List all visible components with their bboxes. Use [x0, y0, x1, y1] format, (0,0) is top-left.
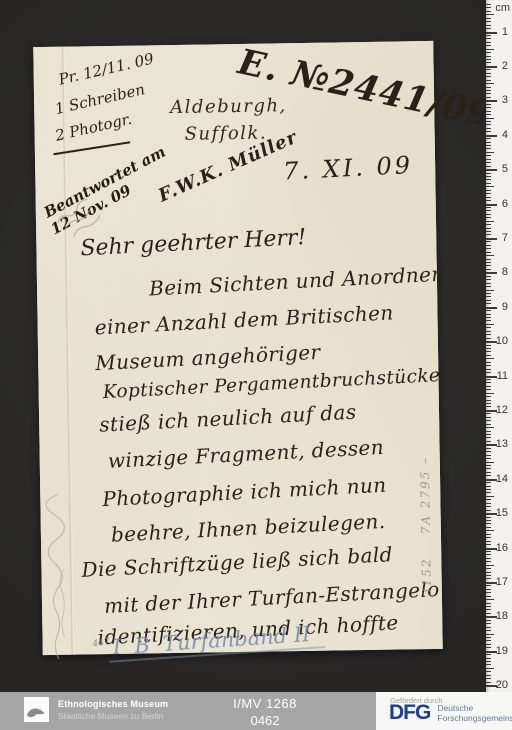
pencil-vertical-mark: 3152 7A 2795 – [417, 391, 434, 596]
ruler-tick [486, 121, 491, 122]
funding-block: Gefördert durch DFG Deutsche Forschungsg… [376, 692, 512, 730]
ruler-tick [486, 424, 491, 425]
ruler-number: 4 [490, 129, 508, 141]
ruler-tick [486, 489, 491, 490]
ruler-tick [486, 565, 494, 566]
ruler-tick [486, 386, 491, 387]
ruler-tick [486, 52, 491, 53]
ruler-tick [486, 190, 491, 191]
ruler-tick [486, 640, 491, 641]
ruler-number: 8 [490, 266, 508, 278]
ruler-number: 15 [490, 507, 508, 519]
ruler-tick [486, 90, 491, 91]
ruler-tick [486, 599, 494, 600]
ruler-tick [486, 664, 491, 665]
ruler-tick [486, 286, 491, 287]
ruler-tick [486, 355, 491, 356]
body-line: beehre, Ihnen beizulegen. [110, 509, 386, 547]
ruler-unit-label: cm [492, 2, 510, 14]
ruler-tick [486, 56, 491, 57]
ruler-tick [486, 7, 491, 8]
ruler-tick [486, 671, 491, 672]
ruler-tick [486, 458, 491, 459]
ruler-tick [486, 596, 491, 597]
ruler-tick [486, 668, 494, 669]
registry-number: E. №2441/09 [235, 41, 497, 135]
ruler-number: 16 [490, 542, 508, 554]
ruler-strip: cm 1234567891011121314151617181920 [486, 0, 512, 692]
ruler-tick [486, 18, 491, 19]
eagle-icon [25, 702, 47, 720]
ruler-tick [486, 73, 491, 74]
letterhead-town: Aldeburgh, [170, 95, 287, 118]
ruler-number: 7 [490, 232, 508, 244]
scan-viewer: { "letter": { "letterhead": { "line1": "… [0, 0, 512, 730]
ruler-tick [486, 142, 491, 143]
ruler-tick [486, 623, 491, 624]
letter-date: 7. XI. 09 [283, 151, 414, 186]
ruler-tick [486, 530, 494, 531]
ruler-tick [486, 630, 491, 631]
ruler-tick [486, 279, 491, 280]
ruler-tick [486, 107, 491, 108]
ruler-tick [486, 431, 491, 432]
ruler-tick [486, 455, 491, 456]
ruler-tick [486, 327, 491, 328]
ruler-number: 3 [490, 94, 508, 106]
inventory-number: I/MV 1268 0462 [200, 696, 330, 728]
salutation: Sehr geehrter Herr! [80, 225, 307, 261]
body-line: Museum angehöriger [95, 340, 321, 375]
inventory-signature: I/MV 1268 [200, 696, 330, 711]
ruler-tick [486, 87, 491, 88]
ruler-tick [486, 561, 491, 562]
ruler-tick [486, 159, 491, 160]
ruler-tick [486, 76, 491, 77]
ruler-tick [486, 42, 491, 43]
ruler-number: 1 [490, 26, 508, 38]
ruler-tick [486, 637, 491, 638]
ruler-tick [486, 558, 491, 559]
ruler-tick [486, 49, 494, 50]
dfg-org-line2: Forschungsgemeinschaft [437, 713, 512, 723]
ruler-tick [486, 331, 491, 332]
body-line: Photographie ich mich nun [102, 473, 387, 511]
ruler-tick [486, 393, 494, 394]
ruler-tick [486, 527, 491, 528]
ruler-number: 17 [490, 576, 508, 588]
ruler-tick [486, 21, 491, 22]
ruler-number: 6 [490, 198, 508, 210]
museum-logo [24, 697, 49, 722]
ruler-tick [486, 228, 491, 229]
ruler-tick [486, 124, 491, 125]
ruler-tick [486, 221, 494, 222]
ruler-tick [486, 606, 491, 607]
ruler-number: 14 [490, 473, 508, 485]
ruler-tick [486, 262, 491, 263]
ruler-tick [486, 179, 491, 180]
ruler-tick [486, 462, 494, 463]
ruler-tick [486, 252, 491, 253]
ruler-number: 18 [490, 610, 508, 622]
ruler-tick [486, 554, 491, 555]
ruler-number: 19 [490, 645, 508, 657]
ruler-tick [486, 451, 491, 452]
ruler-tick [486, 434, 491, 435]
ruler-tick [486, 496, 494, 497]
ruler-tick [486, 362, 491, 363]
ruler-tick [486, 427, 494, 428]
ruler-tick [486, 193, 491, 194]
ruler-tick [486, 486, 491, 487]
ruler-number: 11 [490, 370, 508, 382]
underline-stroke [53, 141, 130, 155]
ruler-tick [486, 259, 491, 260]
ruler-tick [486, 111, 491, 112]
ruler-tick [486, 38, 491, 39]
ruler-tick [486, 592, 491, 593]
ruler-number: 13 [490, 438, 508, 450]
ruler-number: 20 [490, 679, 508, 691]
ruler-tick [486, 11, 491, 12]
ruler-tick [486, 248, 491, 249]
ruler-tick [486, 658, 491, 659]
dfg-logo: DFG [389, 703, 430, 723]
museum-subtitle: Staatliche Museen zu Berlin [58, 711, 168, 721]
ruler-tick [486, 217, 491, 218]
ruler-tick [486, 520, 491, 521]
ruler-tick [486, 634, 494, 635]
ruler-tick [486, 396, 491, 397]
ruler-tick [486, 320, 491, 321]
ruler-tick [486, 314, 491, 315]
ruler-tick [486, 572, 491, 573]
ruler-number: 9 [490, 301, 508, 313]
ruler-number: 5 [490, 163, 508, 175]
ruler-tick [486, 358, 494, 359]
ruler-tick [486, 348, 491, 349]
body-line: winzige Fragment, dessen [107, 435, 384, 473]
ruler-tick [486, 589, 491, 590]
museum-name: Ethnologisches Museum [58, 699, 168, 709]
ruler-tick [486, 675, 491, 676]
ruler-tick [486, 83, 494, 84]
inventory-sheet-number: 0462 [200, 713, 330, 728]
ruler-tick [486, 224, 491, 225]
ruler-tick [486, 417, 491, 418]
ruler-tick [486, 400, 491, 401]
ruler-tick [486, 382, 491, 383]
footer-bar: Ethnologisches Museum Staatliche Museen … [0, 692, 512, 730]
ruler-tick [486, 114, 491, 115]
ruler-tick [486, 499, 491, 500]
ruler-tick [486, 351, 491, 352]
ruler-tick [486, 4, 491, 5]
dfg-org-name: Deutsche Forschungsgemeinschaft [437, 703, 512, 723]
ruler-tick [486, 118, 494, 119]
ruler-tick [486, 317, 491, 318]
ruler-tick [486, 176, 491, 177]
ruler-number: 10 [490, 335, 508, 347]
letterhead-county: Suffolk. [184, 123, 267, 145]
ruler-tick [486, 465, 491, 466]
ruler-tick [486, 296, 491, 297]
ruler-tick [486, 492, 491, 493]
dfg-org-line1: Deutsche [437, 703, 512, 713]
ruler-tick [486, 523, 491, 524]
body-line: Beim Sichten und Anordnen [149, 262, 446, 301]
ruler-tick [486, 80, 491, 81]
ruler-tick [486, 183, 491, 184]
ruler-tick [486, 627, 491, 628]
ruler-tick [486, 568, 491, 569]
body-line: stieß ich neulich auf das [99, 400, 357, 437]
body-line: Die Schriftzüge ließ sich bald [81, 542, 393, 582]
ruler-tick [486, 45, 491, 46]
ruler-tick [486, 148, 491, 149]
ruler-tick [486, 283, 491, 284]
ruler-tick [486, 661, 491, 662]
ruler-tick [486, 537, 491, 538]
ruler-tick [486, 293, 491, 294]
ruler-tick [486, 214, 491, 215]
body-line: einer Anzahl dem Britischen [94, 300, 394, 339]
ruler-tick [486, 245, 491, 246]
ruler-tick [486, 155, 491, 156]
ruler-tick [486, 14, 494, 15]
ruler-tick [486, 468, 491, 469]
ruler-tick [486, 145, 491, 146]
ruler-number: 2 [490, 60, 508, 72]
ruler-tick [486, 152, 494, 153]
ruler-tick [486, 255, 494, 256]
ruler-tick [486, 420, 491, 421]
ruler-tick [486, 290, 494, 291]
ruler-tick [486, 534, 491, 535]
letter-page: Pr. 12/11. 09 1 Schreiben 2 Photogr. Bea… [33, 41, 443, 655]
ruler-tick [486, 503, 491, 504]
ruler-tick [486, 603, 491, 604]
ruler-tick [486, 210, 491, 211]
ruler-number: 12 [490, 404, 508, 416]
ruler-tick [486, 324, 494, 325]
ruler-tick [486, 389, 491, 390]
pencil-margin-scribble [42, 487, 69, 667]
ruler-tick [486, 186, 494, 187]
museum-branding: Ethnologisches Museum Staatliche Museen … [24, 697, 168, 722]
ruler-tick [486, 365, 491, 366]
